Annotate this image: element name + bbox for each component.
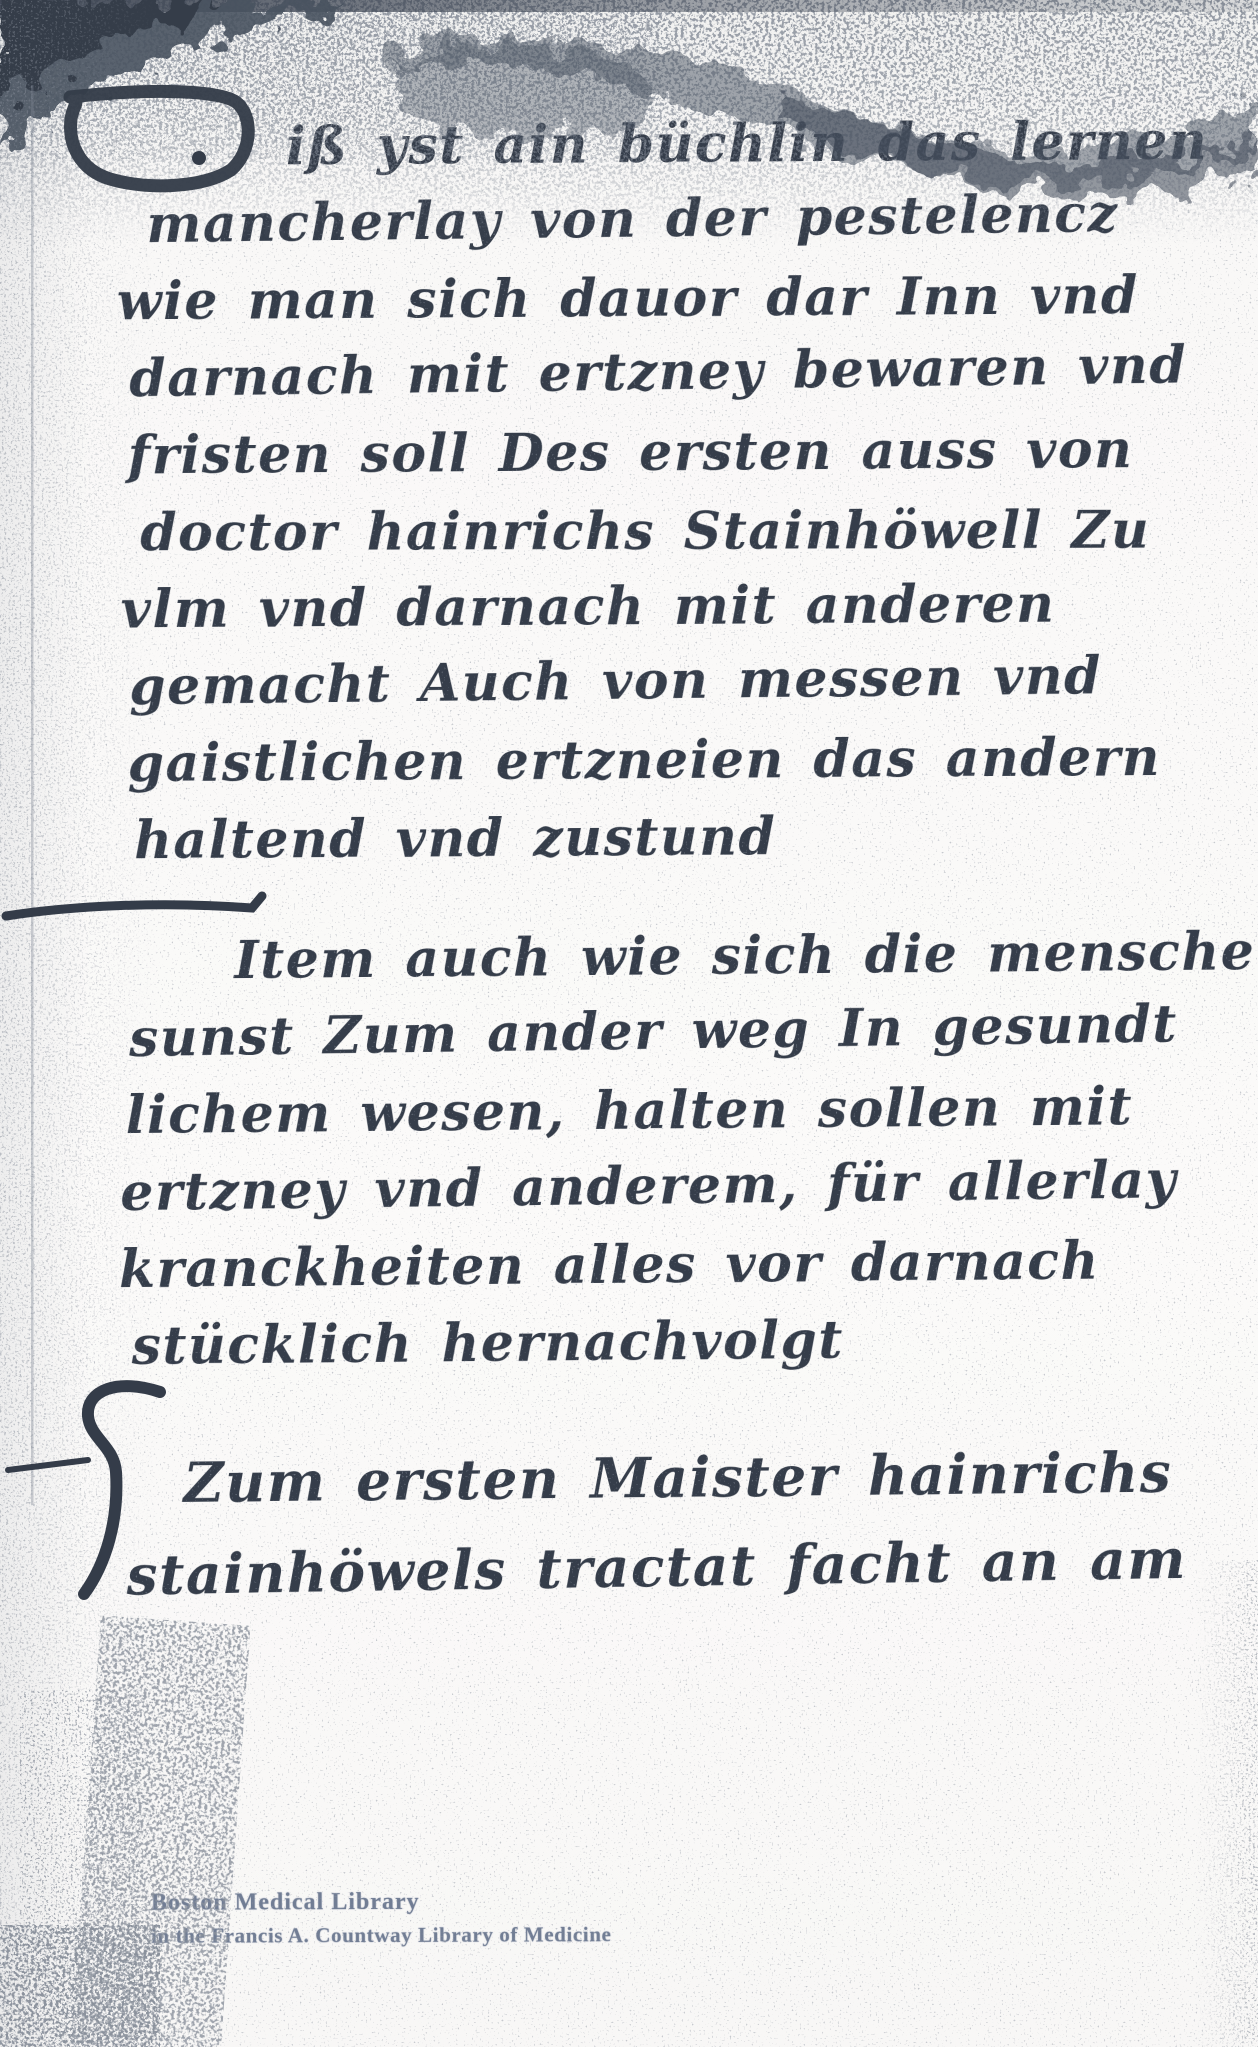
manuscript-page: D iß yst ain büchlin das lernen mancherl… <box>0 0 1258 2047</box>
stamp-line-1: Boston Medical Library <box>151 1888 612 1917</box>
manuscript-line: kranckheiten alles vor darnach <box>119 1221 1258 1308</box>
manuscript-paragraph-2: Item auch wie sich die menschen sunst Zu… <box>116 913 1258 1385</box>
manuscript-line: darnach mit ertzney bewaren vnd <box>129 326 1210 417</box>
manuscript-line: stainhöwels tractat facht an am <box>126 1513 1188 1622</box>
manuscript-line: gaistlichen ertzneien das andern <box>127 719 1212 803</box>
manuscript-paragraph-1: D iß yst ain büchlin das lernen mancherl… <box>116 103 1213 880</box>
manuscript-line: iß yst ain büchlin das lernen <box>286 103 1209 186</box>
manuscript-line: fristen soll Des ersten auss von <box>128 411 1211 495</box>
manuscript-line: gemacht Auch von messen vnd <box>129 636 1212 725</box>
handwriting-layer: D iß yst ain büchlin das lernen mancherl… <box>0 0 1258 2047</box>
manuscript-line: stücklich hernachvolgt <box>131 1298 1258 1385</box>
manuscript-line: vlm vnd darnach mit anderen <box>120 565 1211 649</box>
manuscript-line: sunst Zum ander weg In gesundt <box>128 984 1258 1077</box>
stamp-line-2: in the Francis A. Countway Library of Me… <box>151 1922 612 1949</box>
manuscript-line: mancherlay von der pestelencz <box>146 174 1209 263</box>
manuscript-paragraph-3: Zum ersten Maister hainrichs stainhöwels… <box>117 1426 1187 1621</box>
manuscript-line: lichem wesen, halten sollen mit <box>125 1067 1258 1154</box>
manuscript-line: ertzney vnd anderem, für allerlay <box>120 1140 1258 1231</box>
library-stamp: Boston Medical Library in the Francis A.… <box>151 1888 612 1949</box>
manuscript-line: Zum ersten Maister hainrichs <box>183 1426 1186 1528</box>
manuscript-line: doctor hainrichs Stainhöwell Zu <box>140 491 1210 571</box>
manuscript-line: haltend vnd zustund <box>134 796 1213 880</box>
